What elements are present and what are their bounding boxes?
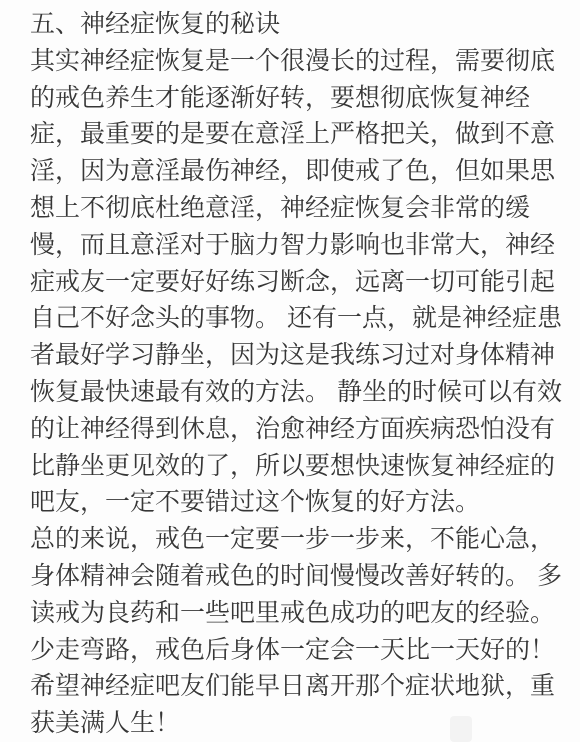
article: 五、神经症恢复的秘诀 其实神经症恢复是一个很漫长的过程，需要彻底 的戒色养生才能… [30,6,558,742]
text-line: 读戒为良药和一些吧里戒色成功的吧友的经验。 [30,595,558,632]
text-line: 比静坐更见效的了，所以要想快速恢复神经症的 [30,448,558,485]
text-line: 身体精神会随着戒色的时间慢慢改善好转的。 多 [30,558,558,595]
text-line: 吧友，一定不要错过这个恢复的好方法。 [30,484,558,521]
text-line: 总的来说，戒色一定要一步一步来，不能心急， [30,521,558,558]
text-line: 淫，因为意淫最伤神经，即使戒了色，但如果思 [30,153,558,190]
faint-watermark [450,716,472,742]
text-line: 希望神经症吧友们能早日离开那个症状地狱，重 [30,668,558,705]
text-line: 想上不彻底杜绝意淫，神经症恢复会非常的缓 [30,190,558,227]
page-title: 五、神经症恢复的秘诀 [30,6,558,43]
text-line: 其实神经症恢复是一个很漫长的过程，需要彻底 [30,43,558,80]
text-line: 者最好学习静坐，因为这是我练习过对身体精神 [30,337,558,374]
text-line: 慢，而且意淫对于脑力智力影响也非常大，神经 [30,227,558,264]
text-line: 的戒色养生才能逐渐好转，要想彻底恢复神经 [30,80,558,117]
text-line: 症，最重要的是要在意淫上严格把关，做到不意 [30,116,558,153]
text-line: 症戒友一定要好好练习断念，远离一切可能引起 [30,264,558,301]
text-line: 自己不好念头的事物。 还有一点，就是神经症患 [30,300,558,337]
text-line: 恢复最快速最有效的方法。 静坐的时候可以有效 [30,374,558,411]
text-line: 获美满人生！ [30,705,558,742]
text-line: 少走弯路，戒色后身体一定会一天比一天好的！ [30,632,558,669]
text-line: 的让神经得到休息，治愈神经方面疾病恐怕没有 [30,411,558,448]
